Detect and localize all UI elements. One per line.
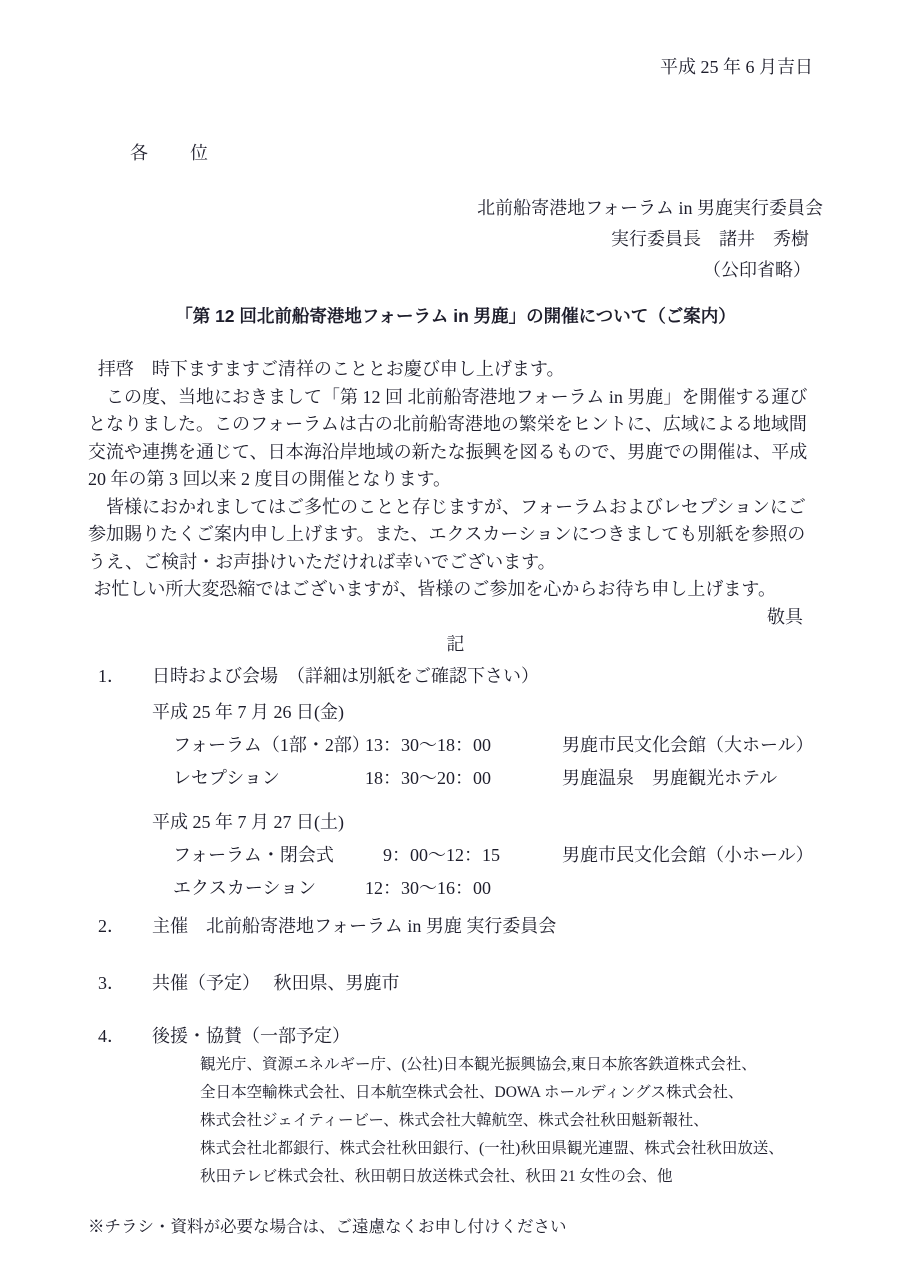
record-marker: 記 [88, 631, 823, 659]
schedule-event-row: レセプション 18：30～20：00 男鹿温泉 男鹿観光ホテル [173, 762, 823, 795]
event-time: 12：30～16：00 [365, 872, 543, 905]
sender-chief: 実行委員長 諸井 秀樹 [88, 224, 823, 255]
support-text: 後援・協賛（一部予定） [152, 1021, 823, 1051]
event-time: 13：30～18：00 [365, 729, 543, 762]
section-number: 2． [88, 911, 152, 941]
event-venue: 男鹿市民文化会館（小ホール） [562, 839, 814, 872]
letter-page: 平成 25 年 6 月吉日 各 位 北前船寄港地フォーラム in 男鹿実行委員会… [0, 0, 908, 1284]
section-heading: 日時および会場 （詳細は別紙をご確認下さい） [152, 661, 823, 691]
document-title: 「第 12 回北前船寄港地フォーラム in 男鹿」の開催について（ご案内） [88, 302, 823, 330]
section-number: 4． [88, 1021, 152, 1051]
sponsor-line: 秋田テレビ株式会社、秋田朝日放送株式会社、秋田 21 女性の会、他 [200, 1163, 823, 1191]
issue-date: 平成 25 年 6 月吉日 [88, 54, 823, 82]
footnote: ※チラシ・資料が必要な場合は、ご遠慮なくお申し付けください [88, 1213, 823, 1241]
schedule-event-row: フォーラム・閉会式 9：00～12：15 男鹿市民文化会館（小ホール） [173, 839, 823, 872]
salutation: 各 位 [88, 140, 823, 168]
schedule-event-row: エクスカーション 12：30～16：00 [173, 872, 823, 905]
section-support: 4． 後援・協賛（一部予定） [88, 1021, 823, 1051]
schedule-day-2: 平成 25 年 7 月 27 日(土) フォーラム・閉会式 9：00～12：15… [88, 806, 823, 905]
intro-paragraph: この度、当地におきまして「第 12 回 北前船寄港地フォーラム in 男鹿」を開… [88, 384, 823, 494]
sponsor-line: 株式会社ジェイティービー、株式会社大韓航空、株式会社秋田魁新報社、 [200, 1107, 823, 1135]
event-name: レセプション [173, 762, 365, 795]
section-number: 1． [88, 661, 152, 691]
schedule-day-date: 平成 25 年 7 月 27 日(土) [152, 806, 823, 839]
event-time: 18：30～20：00 [365, 762, 543, 795]
organizer-text: 主催 北前船寄港地フォーラム in 男鹿 実行委員会 [152, 911, 823, 941]
section-number: 3． [88, 968, 152, 998]
letter-body: 拝啓 時下ますますご清祥のこととお慶び申し上げます。 この度、当地におきまして「… [88, 356, 823, 659]
closing-paragraph: お忙しい所大変恐縮ではございますが、皆様のご参加を心からお待ち申し上げます。 [88, 576, 823, 604]
section-schedule-heading: 1． 日時および会場 （詳細は別紙をご確認下さい） [88, 661, 823, 691]
event-name: エクスカーション [173, 872, 365, 905]
sender-organization: 北前船寄港地フォーラム in 男鹿実行委員会 [88, 193, 823, 224]
event-time: 9：00～12：15 [365, 839, 543, 872]
sponsor-line: 全日本空輸株式会社、日本航空株式会社、DOWA ホールディングス株式会社、 [200, 1079, 823, 1107]
section-cohost: 3． 共催（予定） 秋田県、男鹿市 [88, 968, 823, 998]
sponsor-list: 観光庁、資源エネルギー庁、(公社)日本観光振興協会,東日本旅客鉄道株式会社、 全… [200, 1051, 823, 1191]
event-venue: 男鹿市民文化会館（大ホール） [562, 729, 814, 762]
event-name: フォーラム・閉会式 [173, 839, 365, 872]
sender-seal-note: （公印省略） [88, 255, 823, 286]
cohost-text: 共催（予定） 秋田県、男鹿市 [152, 968, 823, 998]
invitation-paragraph: 皆様におかれましてはご多忙のことと存じますが、フォーラムおよびレセプションにご参… [88, 494, 823, 577]
greeting-paragraph: 拝啓 時下ますますご清祥のこととお慶び申し上げます。 [88, 356, 823, 384]
closing-word: 敬具 [88, 604, 823, 632]
schedule-day-date: 平成 25 年 7 月 26 日(金) [152, 696, 823, 729]
sponsor-line: 株式会社北都銀行、株式会社秋田銀行、(一社)秋田県観光連盟、株式会社秋田放送、 [200, 1135, 823, 1163]
schedule-event-row: フォーラム（1部・2部） 13：30～18：00 男鹿市民文化会館（大ホール） [173, 729, 823, 762]
event-venue: 男鹿温泉 男鹿観光ホテル [562, 762, 777, 795]
section-organizer: 2． 主催 北前船寄港地フォーラム in 男鹿 実行委員会 [88, 911, 823, 941]
event-name: フォーラム（1部・2部） [173, 729, 365, 762]
sender-block: 北前船寄港地フォーラム in 男鹿実行委員会 実行委員長 諸井 秀樹 （公印省略… [88, 193, 823, 286]
sponsor-line: 観光庁、資源エネルギー庁、(公社)日本観光振興協会,東日本旅客鉄道株式会社、 [200, 1051, 823, 1079]
schedule-day-1: 平成 25 年 7 月 26 日(金) フォーラム（1部・2部） 13：30～1… [88, 696, 823, 795]
